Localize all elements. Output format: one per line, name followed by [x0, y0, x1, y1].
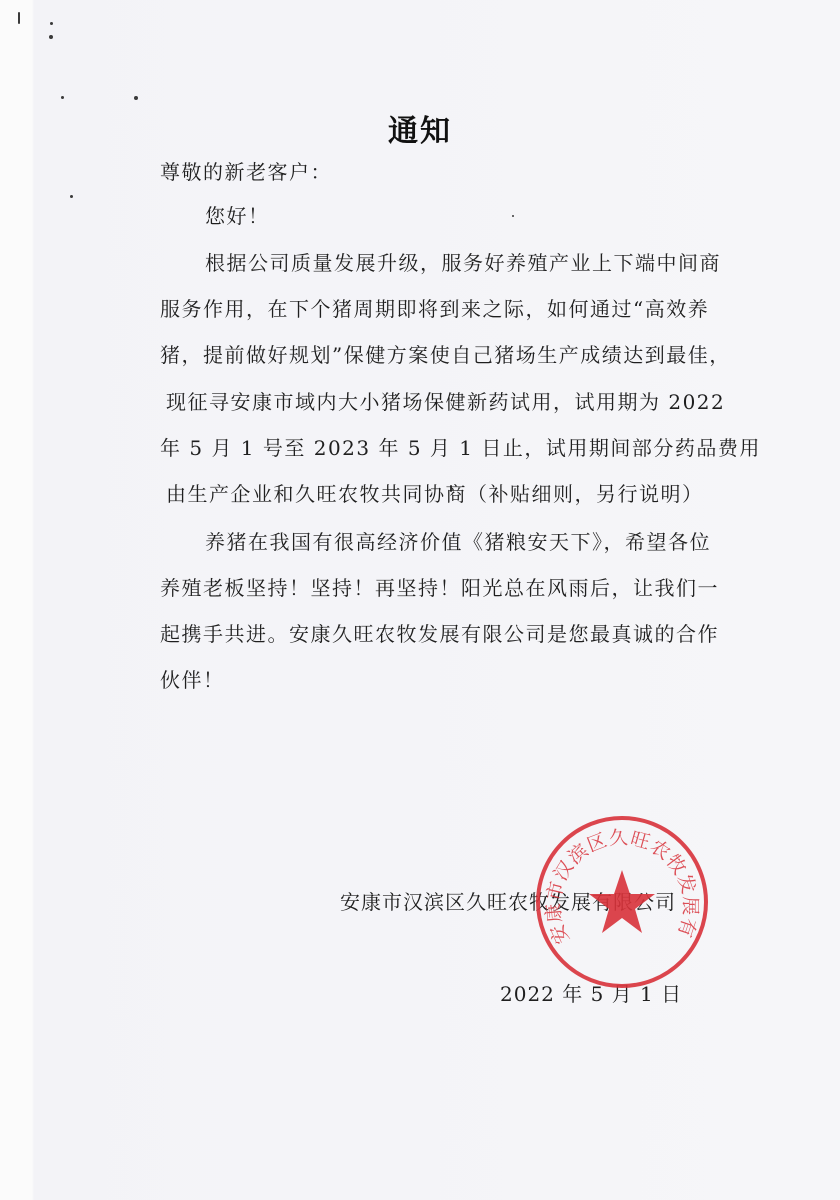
scan-artifact	[50, 22, 53, 25]
paragraph-2-line: 养殖老板坚持！坚持！再坚持！阳光总在风雨后，让我们一	[160, 576, 719, 600]
scan-artifact	[134, 96, 138, 100]
scan-artifact	[512, 215, 514, 217]
paragraph-2-line: 起携手共进。安康久旺农牧发展有限公司是您最真诚的合作	[160, 622, 719, 646]
star-icon	[589, 870, 655, 933]
document-title: 通知	[0, 106, 840, 150]
paragraph-1-line: 根据公司质量发展升级，服务好养殖产业上下端中间商	[205, 251, 721, 275]
greeting: 您好！	[205, 204, 270, 228]
paragraph-1-line: 猪，提前做好规划”保健方案使自己猪场生产成绩达到最佳，	[160, 343, 731, 367]
scan-artifact	[70, 195, 73, 198]
scanned-page: 通知 尊敬的新老客户： 您好！ 根据公司质量发展升级，服务好养殖产业上下端中间商…	[0, 0, 840, 1200]
paragraph-1-line: 由生产企业和久旺农牧共同协商（补贴细则，另行说明）	[166, 482, 704, 506]
paragraph-2-line: 伙伴！	[160, 668, 225, 692]
paragraph-1-line: 服务作用，在下个猪周期即将到来之际，如何通过“高效养	[160, 297, 709, 321]
paragraph-2-line: 养猪在我国有很高经济价值《猪粮安天下》，希望各位	[205, 530, 711, 554]
paragraph-1-line: 年 5 月 1 号至 2023 年 5 月 1 日止，试用期间部分药品费用	[160, 436, 761, 460]
seal-text: 安康市汉滨区久旺农牧发展有限公司	[532, 812, 701, 947]
svg-text:安康市汉滨区久旺农牧发展有限公司: 安康市汉滨区久旺农牧发展有限公司	[532, 812, 701, 947]
scan-artifact	[61, 96, 64, 99]
scan-artifact	[49, 35, 53, 39]
paragraph-1-line: 现征寻安康市域内大小猪场保健新药试用，试用期为 2022	[166, 390, 725, 414]
company-seal: 安康市汉滨区久旺农牧发展有限公司	[532, 812, 712, 992]
scan-artifact	[18, 12, 20, 24]
salutation: 尊敬的新老客户：	[160, 160, 332, 184]
